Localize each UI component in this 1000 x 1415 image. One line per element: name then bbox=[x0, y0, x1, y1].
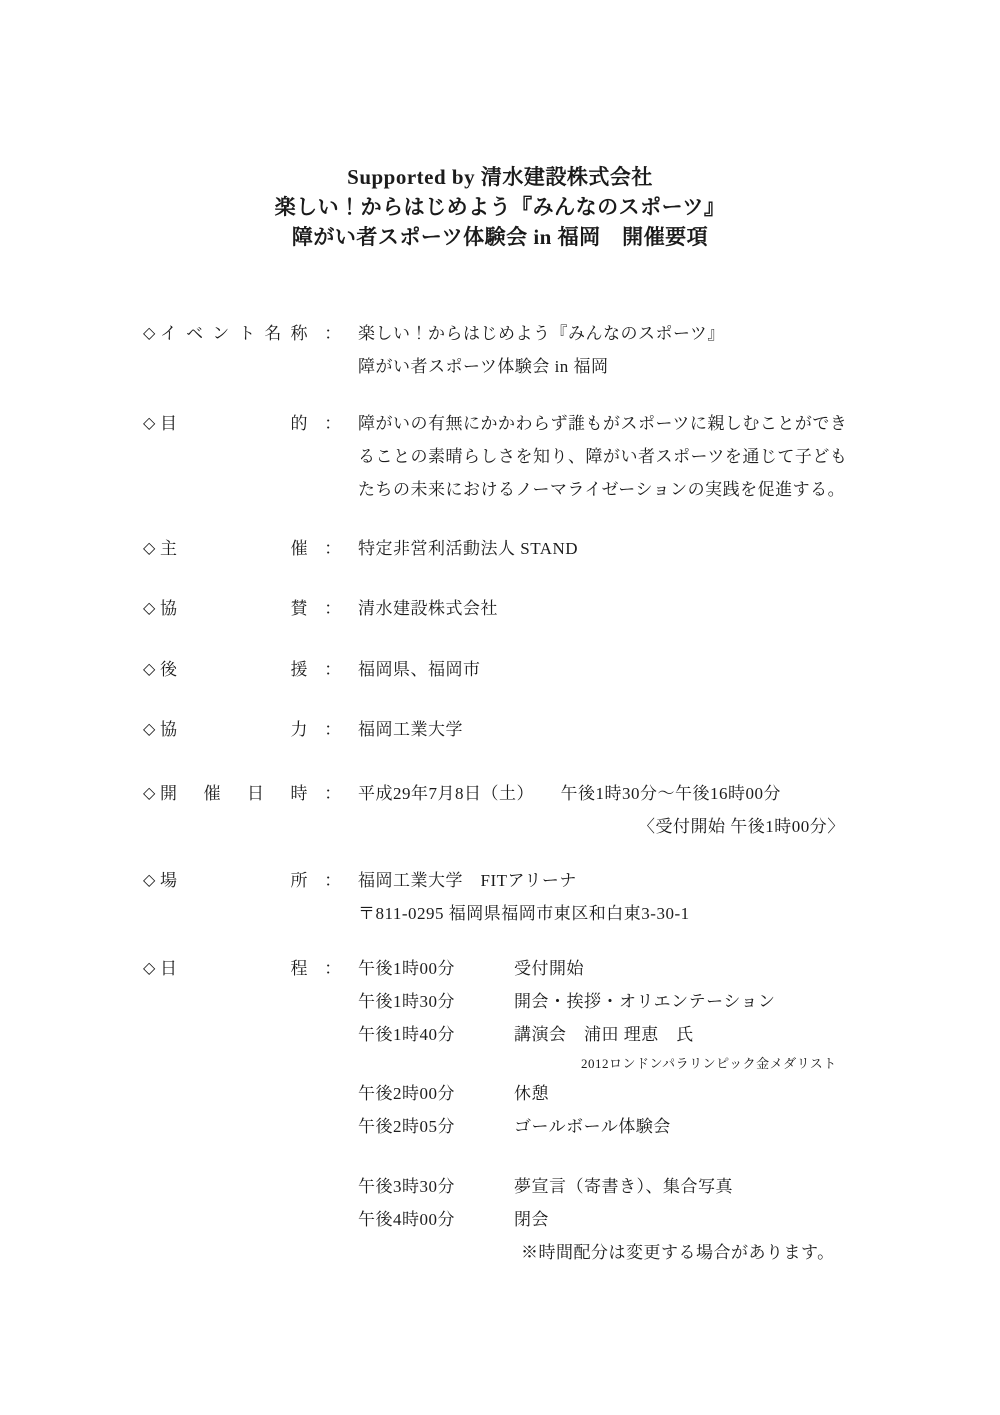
document-page: Supported by 清水建設株式会社 楽しい！からはじめよう『みんなのスポ… bbox=[0, 0, 1000, 1415]
schedule-note: ※時間配分は変更する場合があります。 bbox=[521, 1236, 1000, 1269]
cooperation-name: 福岡工業大学 bbox=[358, 713, 1000, 746]
label-separator: ： bbox=[308, 713, 358, 746]
section-event-name: ◇ イベント名称 ： 楽しい！からはじめよう『みんなのスポーツ』 障がい者スポー… bbox=[143, 317, 1000, 383]
datetime-main: 平成29年7月8日（土） 午後1時30分～午後16時00分 bbox=[358, 777, 1000, 810]
section-schedule: ◇ 日程 ： 午後1時00分 受付開始 午後1時30分 開会・挨拶・オリエンテー… bbox=[143, 952, 1000, 1269]
section-organizer: ◇ 主催 ： 特定非営利活動法人 STAND bbox=[143, 532, 1000, 565]
field-value-event-name: 楽しい！からはじめよう『みんなのスポーツ』 障がい者スポーツ体験会 in 福岡 bbox=[358, 317, 1000, 383]
label-separator: ： bbox=[308, 407, 358, 440]
field-value-backing: 福岡県、福岡市 bbox=[358, 653, 1000, 686]
schedule-table: 午後1時00分 受付開始 午後1時30分 開会・挨拶・オリエンテーション 午後1… bbox=[358, 952, 1000, 1269]
sponsor-name: 清水建設株式会社 bbox=[358, 592, 1000, 625]
speaker-credit: 2012ロンドンパラリンピック金メダリスト bbox=[581, 1051, 1000, 1077]
schedule-row: 午後2時05分 ゴールボール体験会 bbox=[358, 1110, 1000, 1143]
schedule-activity: 開会・挨拶・オリエンテーション bbox=[514, 985, 775, 1018]
field-label-purpose: 目的 bbox=[160, 407, 308, 440]
title-line-event-outline: 障がい者スポーツ体験会 in 福岡 開催要項 bbox=[0, 222, 1000, 252]
field-value-datetime: 平成29年7月8日（土） 午後1時30分～午後16時00分 〈受付開始 午後1時… bbox=[358, 777, 1000, 843]
schedule-activity: 受付開始 bbox=[514, 952, 584, 985]
document-body: ◇ イベント名称 ： 楽しい！からはじめよう『みんなのスポーツ』 障がい者スポー… bbox=[0, 317, 1000, 1269]
field-label-organizer: 主催 bbox=[160, 532, 308, 565]
title-line-event-slogan: 楽しい！からはじめよう『みんなのスポーツ』 bbox=[0, 192, 1000, 222]
event-name-line-1: 楽しい！からはじめよう『みんなのスポーツ』 bbox=[358, 317, 1000, 350]
diamond-bullet-icon: ◇ bbox=[143, 407, 160, 440]
field-label-backing: 後援 bbox=[160, 653, 308, 686]
label-separator: ： bbox=[308, 864, 358, 897]
diamond-bullet-icon: ◇ bbox=[143, 532, 160, 565]
field-value-venue: 福岡工業大学 FITアリーナ 〒811-0295 福岡県福岡市東区和白東3-30… bbox=[358, 864, 1000, 930]
section-datetime: ◇ 開催日時 ： 平成29年7月8日（土） 午後1時30分～午後16時00分 〈… bbox=[143, 777, 1000, 843]
venue-name: 福岡工業大学 FITアリーナ bbox=[358, 864, 1000, 897]
diamond-bullet-icon: ◇ bbox=[143, 952, 160, 985]
schedule-row: 午後3時30分 夢宣言（寄書き）、集合写真 bbox=[358, 1170, 1000, 1203]
purpose-line-3: たちの未来におけるノーマライゼーションの実践を促進する。 bbox=[358, 473, 1000, 506]
title-line-supported-by: Supported by 清水建設株式会社 bbox=[0, 162, 1000, 192]
field-value-organizer: 特定非営利活動法人 STAND bbox=[358, 532, 1000, 565]
diamond-bullet-icon: ◇ bbox=[143, 592, 160, 625]
schedule-activity: ゴールボール体験会 bbox=[514, 1110, 671, 1143]
diamond-bullet-icon: ◇ bbox=[143, 317, 160, 350]
datetime-reception: 〈受付開始 午後1時00分〉 bbox=[638, 810, 1000, 843]
event-name-line-2: 障がい者スポーツ体験会 in 福岡 bbox=[358, 350, 1000, 383]
field-label-sponsor: 協賛 bbox=[160, 592, 308, 625]
diamond-bullet-icon: ◇ bbox=[143, 777, 160, 810]
schedule-time: 午後1時40分 bbox=[358, 1018, 514, 1051]
schedule-activity: 休憩 bbox=[514, 1077, 549, 1110]
schedule-time: 午後2時00分 bbox=[358, 1077, 514, 1110]
field-label-schedule: 日程 bbox=[160, 952, 308, 985]
schedule-time: 午後1時30分 bbox=[358, 985, 514, 1018]
section-sponsor: ◇ 協賛 ： 清水建設株式会社 bbox=[143, 592, 1000, 625]
field-value-cooperation: 福岡工業大学 bbox=[358, 713, 1000, 746]
schedule-time: 午後1時00分 bbox=[358, 952, 514, 985]
field-value-sponsor: 清水建設株式会社 bbox=[358, 592, 1000, 625]
label-separator: ： bbox=[308, 777, 358, 810]
backing-names: 福岡県、福岡市 bbox=[358, 653, 1000, 686]
document-title: Supported by 清水建設株式会社 楽しい！からはじめよう『みんなのスポ… bbox=[0, 0, 1000, 252]
label-separator: ： bbox=[308, 952, 358, 985]
label-separator: ： bbox=[308, 317, 358, 350]
diamond-bullet-icon: ◇ bbox=[143, 713, 160, 746]
field-label-event-name: イベント名称 bbox=[160, 317, 308, 350]
schedule-time: 午後2時05分 bbox=[358, 1110, 514, 1143]
schedule-row: 午後1時40分 講演会 浦田 理恵 氏 bbox=[358, 1018, 1000, 1051]
schedule-row: 午後1時00分 受付開始 bbox=[358, 952, 1000, 985]
organizer-name: 特定非営利活動法人 STAND bbox=[358, 532, 1000, 565]
label-separator: ： bbox=[308, 653, 358, 686]
field-value-purpose: 障がいの有無にかかわらず誰もがスポーツに親しむことができ ることの素晴らしさを知… bbox=[358, 407, 1000, 506]
section-purpose: ◇ 目的 ： 障がいの有無にかかわらず誰もがスポーツに親しむことができ ることの… bbox=[143, 407, 1000, 506]
label-separator: ： bbox=[308, 532, 358, 565]
schedule-row: 午後2時00分 休憩 bbox=[358, 1077, 1000, 1110]
schedule-row: 午後4時00分 閉会 bbox=[358, 1203, 1000, 1236]
section-cooperation: ◇ 協力 ： 福岡工業大学 bbox=[143, 713, 1000, 746]
schedule-activity: 夢宣言（寄書き）、集合写真 bbox=[514, 1170, 733, 1203]
field-label-cooperation: 協力 bbox=[160, 713, 308, 746]
section-backing: ◇ 後援 ： 福岡県、福岡市 bbox=[143, 653, 1000, 686]
label-separator: ： bbox=[308, 592, 358, 625]
schedule-activity: 閉会 bbox=[514, 1203, 549, 1236]
schedule-activity: 講演会 浦田 理恵 氏 bbox=[514, 1018, 694, 1051]
schedule-time: 午後4時00分 bbox=[358, 1203, 514, 1236]
schedule-time: 午後3時30分 bbox=[358, 1170, 514, 1203]
schedule-row: 午後1時30分 開会・挨拶・オリエンテーション bbox=[358, 985, 1000, 1018]
field-label-venue: 場所 bbox=[160, 864, 308, 897]
field-label-datetime: 開催日時 bbox=[160, 777, 308, 810]
section-venue: ◇ 場所 ： 福岡工業大学 FITアリーナ 〒811-0295 福岡県福岡市東区… bbox=[143, 864, 1000, 930]
purpose-line-1: 障がいの有無にかかわらず誰もがスポーツに親しむことができ bbox=[358, 407, 1000, 440]
diamond-bullet-icon: ◇ bbox=[143, 864, 160, 897]
purpose-line-2: ることの素晴らしさを知り、障がい者スポーツを通じて子ども bbox=[358, 440, 1000, 473]
diamond-bullet-icon: ◇ bbox=[143, 653, 160, 686]
venue-address: 〒811-0295 福岡県福岡市東区和白東3-30-1 bbox=[358, 897, 1000, 930]
